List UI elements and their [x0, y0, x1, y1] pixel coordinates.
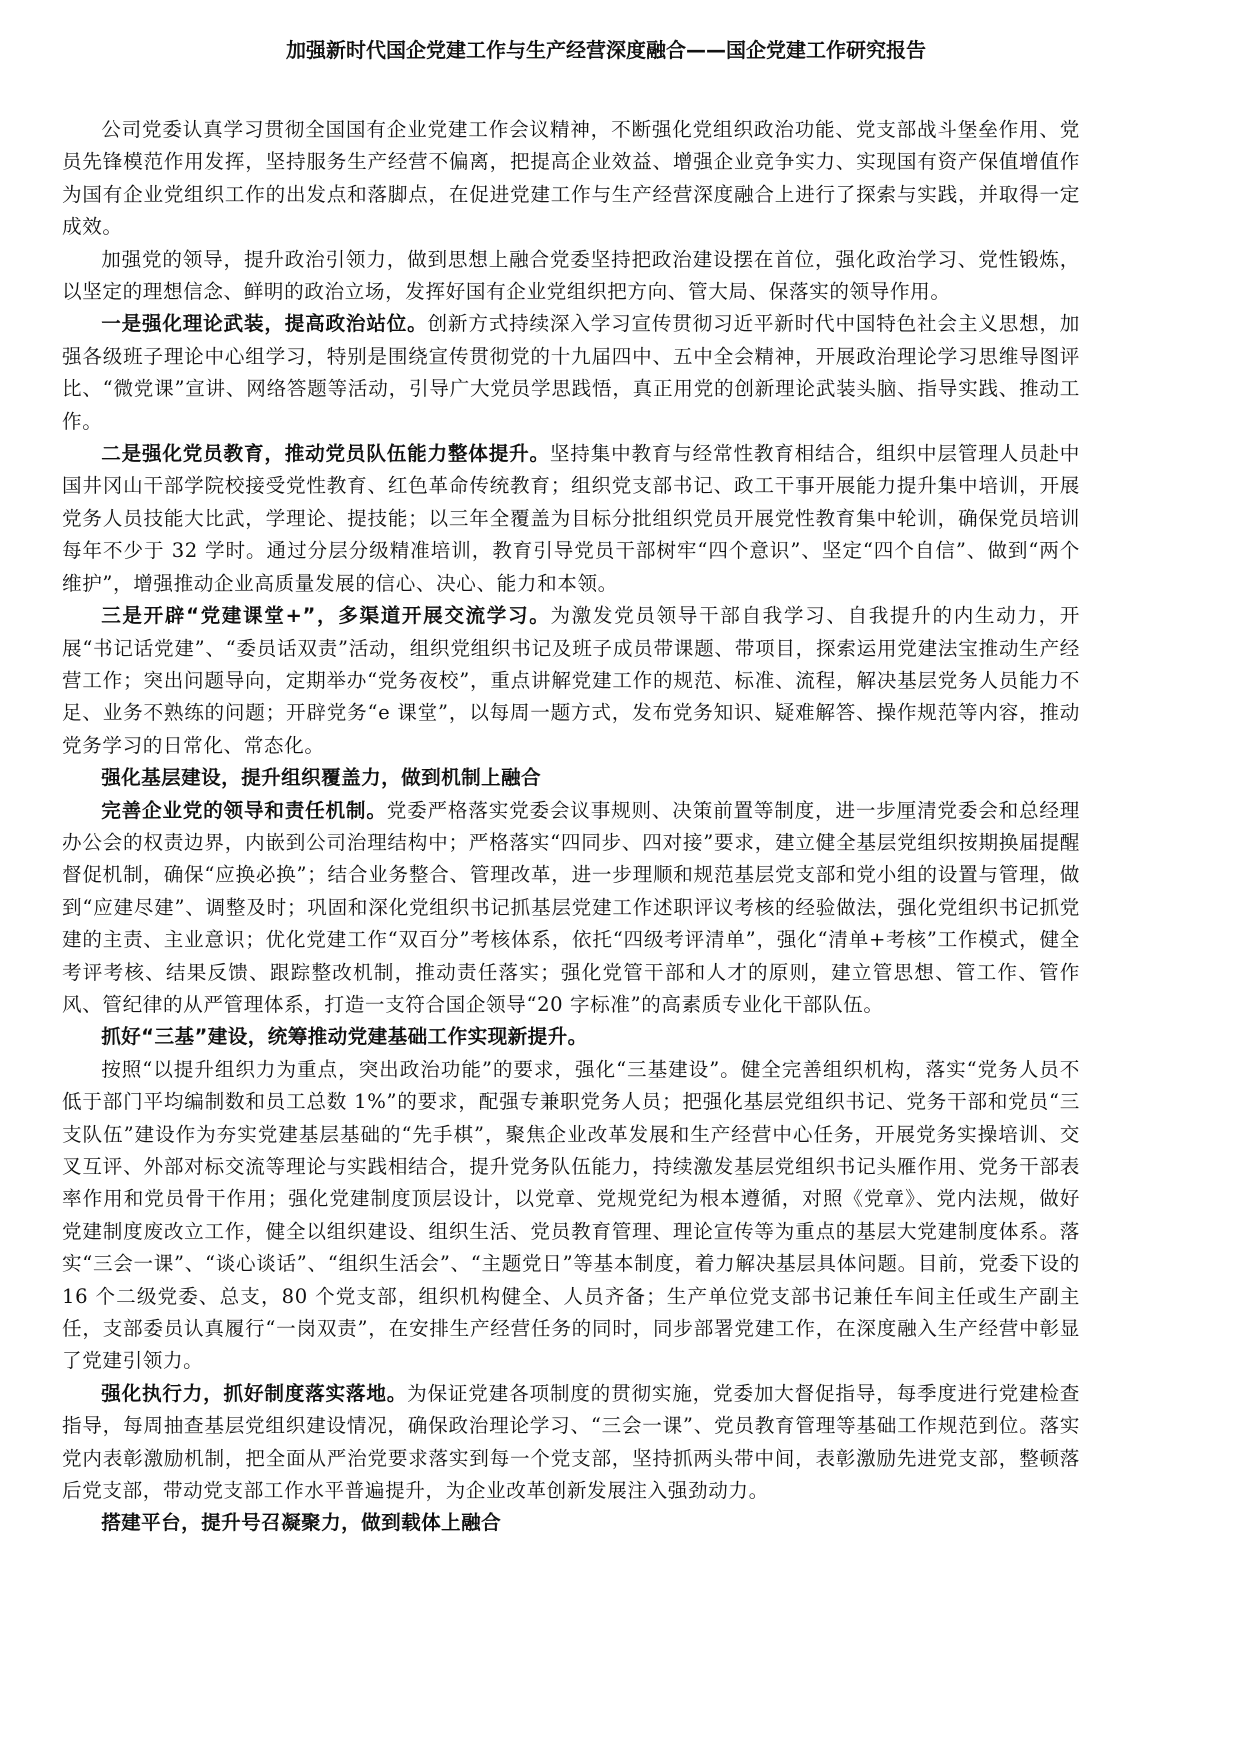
- paragraph-text: 党委严格落实党委会议事规则、决策前置等制度，进一步厘清党委会和总经理办公会的权责…: [62, 799, 1080, 1016]
- paragraph-lead: 一是强化理论武装，提高政治站位。: [101, 312, 427, 335]
- paragraph-text: 加强党的领导，提升政治引领力，做到思想上融合党委坚持把政治建设摆在首位，强化政治…: [62, 248, 1080, 303]
- paragraph-lead: 三是开辟“党建课堂+”，多渠道开展交流学习。: [101, 604, 550, 627]
- paragraph-intro: 公司党委认真学习贯彻全国国有企业党建工作会议精神，不断强化党组织政治功能、党支部…: [62, 114, 1080, 244]
- document-page: 加强新时代国企党建工作与生产经营深度融合——国企党建工作研究报告 公司党委认真学…: [62, 36, 1080, 1540]
- paragraph-three-basics: 按照“以提升组织力为重点，突出政治功能”的要求，强化“三基建设”。健全完善组织机…: [62, 1054, 1080, 1378]
- paragraph-lead: 完善企业党的领导和责任机制。: [101, 799, 387, 822]
- paragraph-responsibility-mechanism: 完善企业党的领导和责任机制。党委严格落实党委会议事规则、决策前置等制度，进一步厘…: [62, 795, 1080, 1022]
- section-heading-grassroots: 强化基层建设，提升组织覆盖力，做到机制上融合: [62, 762, 1080, 794]
- document-title: 加强新时代国企党建工作与生产经营深度融合——国企党建工作研究报告: [132, 36, 1080, 64]
- section-heading-three-basics: 抓好“三基”建设，统筹推动党建基础工作实现新提升。: [62, 1021, 1080, 1053]
- paragraph-execution: 强化执行力，抓好制度落实落地。为保证党建各项制度的贯彻实施，党委加大督促指导，每…: [62, 1378, 1080, 1508]
- paragraph-lead: 强化执行力，抓好制度落实落地。: [101, 1382, 407, 1405]
- paragraph-lead: 二是强化党员教育，推动党员队伍能力整体提升。: [101, 442, 550, 465]
- paragraph-member-education: 二是强化党员教育，推动党员队伍能力整体提升。坚持集中教育与经常性教育相结合，组织…: [62, 438, 1080, 600]
- paragraph-party-classroom: 三是开辟“党建课堂+”，多渠道开展交流学习。为激发党员领导干部自我学习、自我提升…: [62, 600, 1080, 762]
- paragraph-theory-arming: 一是强化理论武装，提高政治站位。创新方式持续深入学习宣传贯彻习近平新时代中国特色…: [62, 308, 1080, 438]
- paragraph-party-leadership: 加强党的领导，提升政治引领力，做到思想上融合党委坚持把政治建设摆在首位，强化政治…: [62, 244, 1080, 309]
- section-heading-platform: 搭建平台，提升号召凝聚力，做到载体上融合: [62, 1507, 1080, 1539]
- paragraph-text: 按照“以提升组织力为重点，突出政治功能”的要求，强化“三基建设”。健全完善组织机…: [62, 1058, 1080, 1373]
- paragraph-text: 公司党委认真学习贯彻全国国有企业党建工作会议精神，不断强化党组织政治功能、党支部…: [62, 118, 1080, 238]
- document-body: 公司党委认真学习贯彻全国国有企业党建工作会议精神，不断强化党组织政治功能、党支部…: [62, 114, 1080, 1540]
